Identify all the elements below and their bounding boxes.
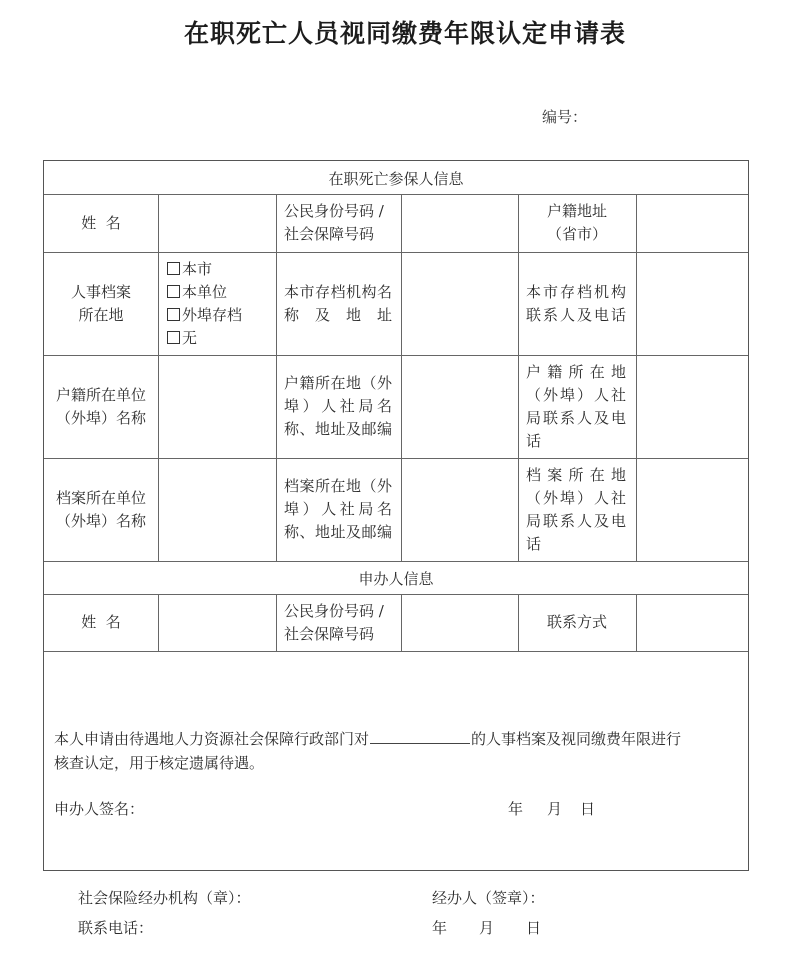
application-form-table: 在职死亡参保人信息 姓 名 公民身份号码 / 社会保障号码 户籍地址 （省市） … [43, 160, 749, 871]
declaration-text: 本人申请由待遇地人力资源社会保障行政部门对的人事档案及视同缴费年限进行 [54, 727, 754, 751]
archive-bureau-contact-field[interactable] [636, 458, 750, 561]
row-divider [44, 651, 748, 652]
checkbox-icon[interactable] [167, 308, 180, 321]
option-local-city[interactable]: 本市 [167, 258, 242, 281]
serial-number-label: 编号： [542, 106, 587, 127]
hukou-bureau-contact-label: 户籍所在地（外埠）人社局联系人及电话 [518, 355, 636, 458]
applicant-id-label-line2: 社会保障号码 [284, 623, 384, 646]
hukou-label-line2: （省市） [547, 223, 607, 246]
archive-unit-label-line2: （外埠）名称 [56, 510, 146, 533]
hukou-unit-label: 户籍所在单位 （外埠）名称 [44, 355, 158, 458]
local-archive-org-label: 本市存档机构名称及地址 [276, 252, 401, 355]
operator-signature-label: 经办人（签章）： [432, 887, 545, 908]
hukou-unit-label-line2: （外埠）名称 [56, 407, 146, 430]
id-label-line2: 社会保障号码 [284, 223, 384, 246]
section-header-applicant-info: 申办人信息 [44, 568, 748, 589]
agency-stamp-label: 社会保险经办机构（章）： [78, 887, 251, 908]
deceased-name-label: 姓 名 [44, 194, 158, 252]
option-external[interactable]: 外埠存档 [167, 304, 242, 327]
archive-location-label: 人事档案 所在地 [44, 252, 158, 355]
applicant-contact-label: 联系方式 [518, 594, 636, 651]
hukou-label-line1: 户籍地址 [547, 200, 607, 223]
applicant-id-label-line1: 公民身份号码 / [284, 600, 384, 623]
hukou-unit-field[interactable] [158, 355, 276, 458]
archive-label-line2: 所在地 [71, 304, 131, 327]
deceased-name-blank[interactable] [370, 729, 470, 744]
archive-location-options: 本市 本单位 外埠存档 无 [158, 252, 276, 355]
hukou-bureau-contact-field[interactable] [636, 355, 750, 458]
applicant-name-label: 姓 名 [44, 594, 158, 651]
hukou-bureau-field[interactable] [401, 355, 518, 458]
checkbox-icon[interactable] [167, 331, 180, 344]
declaration-date: 年月日 [508, 797, 595, 821]
declaration-text-line2: 核查认定，用于核定遗属待遇。 [54, 751, 264, 775]
contact-phone-label: 联系电话： [78, 917, 153, 938]
archive-bureau-contact-label: 档案所在地（外埠）人社局联系人及电话 [518, 458, 636, 561]
deceased-name-field[interactable] [158, 194, 276, 252]
applicant-id-field[interactable] [401, 594, 518, 651]
page-title: 在职死亡人员视同缴费年限认定申请表 [0, 14, 810, 50]
archive-unit-label: 档案所在单位 （外埠）名称 [44, 458, 158, 561]
applicant-signature-label: 申办人签名： [54, 797, 144, 821]
checkbox-icon[interactable] [167, 285, 180, 298]
archive-unit-label-line1: 档案所在单位 [56, 487, 146, 510]
id-label-line1: 公民身份号码 / [284, 200, 384, 223]
hukou-bureau-label: 户籍所在地（外埠）人社局名称、地址及邮编 [276, 355, 401, 458]
deceased-id-field[interactable] [401, 194, 518, 252]
option-none[interactable]: 无 [167, 327, 242, 350]
checkbox-icon[interactable] [167, 262, 180, 275]
archive-unit-field[interactable] [158, 458, 276, 561]
hukou-address-field[interactable] [636, 194, 750, 252]
local-archive-contact-label: 本市存档机构联系人及电话 [518, 252, 636, 355]
archive-bureau-label: 档案所在地（外埠）人社局名称、地址及邮编 [276, 458, 401, 561]
deceased-id-label: 公民身份号码 / 社会保障号码 [276, 194, 401, 252]
hukou-unit-label-line1: 户籍所在单位 [56, 384, 146, 407]
applicant-contact-field[interactable] [636, 594, 750, 651]
archive-label-line1: 人事档案 [71, 281, 131, 304]
hukou-address-label: 户籍地址 （省市） [518, 194, 636, 252]
archive-bureau-field[interactable] [401, 458, 518, 561]
footer-date: 年月日 [432, 917, 541, 938]
local-archive-org-field[interactable] [401, 252, 518, 355]
applicant-id-label: 公民身份号码 / 社会保障号码 [276, 594, 401, 651]
row-divider [44, 561, 748, 562]
section-header-deceased-info: 在职死亡参保人信息 [44, 168, 748, 189]
local-archive-contact-field[interactable] [636, 252, 750, 355]
applicant-name-field[interactable] [158, 594, 276, 651]
option-own-unit[interactable]: 本单位 [167, 281, 242, 304]
